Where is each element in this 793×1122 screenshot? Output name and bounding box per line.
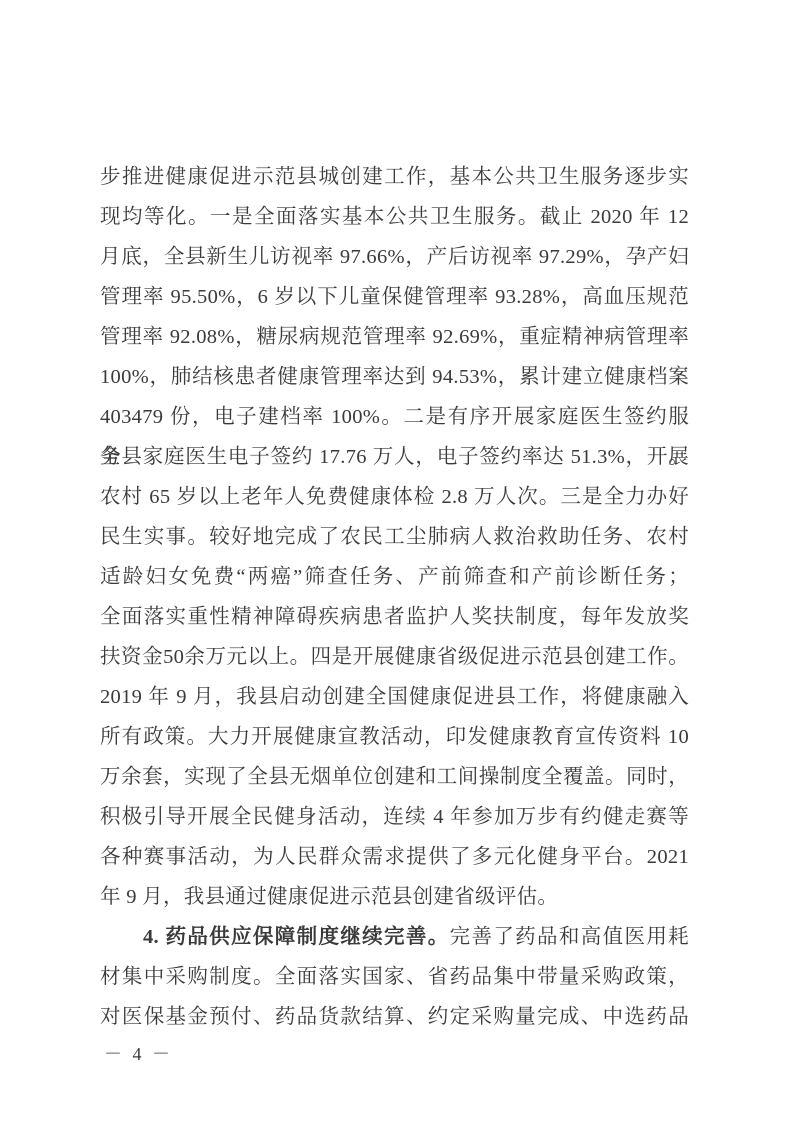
text-line: 材集中采购制度。全面落实国家、省药品集中带量采购政策，	[100, 957, 689, 997]
body-text: 农村 65 岁以上老年人免费健康体检 2.8 万人次。三是全力办好	[100, 486, 689, 508]
body-text: 所有政策。大力开展健康宣教活动，印发健康教育宣传资料 10	[100, 726, 689, 748]
document-page: 步推进健康促进示范县城创建工作，基本公共卫生服务逐步实现均等化。一是全面落实基本…	[0, 0, 793, 1122]
body-text: 材集中采购制度。全面落实国家、省药品集中带量采购政策，	[100, 966, 689, 988]
page-number: － 4 －	[104, 1042, 173, 1066]
body-text: 民生实事。较好地完成了农民工尘肺病人救治救助任务、农村	[100, 526, 689, 548]
text-line: 对医保基金预付、药品货款结算、约定采购量完成、中选药品	[100, 997, 689, 1037]
text-line: 步推进健康促进示范县城创建工作，基本公共卫生服务逐步实	[100, 157, 689, 197]
body-text: 2019 年 9 月，我县启动创建全国健康促进县工作，将健康融入	[100, 686, 689, 708]
text-line: 全面落实重性精神障碍疾病患者监护人奖扶制度，每年发放奖	[100, 597, 689, 637]
body-text: 全面落实重性精神障碍疾病患者监护人奖扶制度，每年发放奖	[100, 606, 689, 628]
body-text: 月底，全县新生儿访视率 97.66%，产后访视率 97.29%，孕产妇	[100, 246, 689, 268]
body-text: 万余套，实现了全县无烟单位创建和工间操制度全覆盖。同时，	[100, 766, 689, 788]
text-line: 2019 年 9 月，我县启动创建全国健康促进县工作，将健康融入	[100, 677, 689, 717]
body-text: 对医保基金预付、药品货款结算、约定采购量完成、中选药品	[100, 1006, 689, 1028]
text-line: 各种赛事活动，为人民群众需求提供了多元化健身平台。2021	[100, 837, 689, 877]
body-text: 各种赛事活动，为人民群众需求提供了多元化健身平台。2021	[100, 846, 689, 868]
text-line: 适龄妇女免费“两癌”筛查任务、产前筛查和产前诊断任务；	[100, 557, 689, 597]
text-line: 扶资金50余万元以上。四是开展健康省级促进示范县创建工作。	[100, 637, 689, 677]
text-line: 403479 份，电子建档率 100%。二是有序开展家庭医生签约服务。	[100, 397, 689, 437]
body-text: 100%，肺结核患者健康管理率达到 94.53%，累计建立健康档案	[100, 366, 689, 388]
text-line: 农村 65 岁以上老年人免费健康体检 2.8 万人次。三是全力办好	[100, 477, 689, 517]
body-text: 管理率 92.08%，糖尿病规范管理率 92.69%，重症精神病管理率	[100, 326, 689, 348]
body-text: 完善了药品和高值医用耗	[450, 926, 689, 948]
body-text: 现均等化。一是全面落实基本公共卫生服务。截止 2020 年 12	[100, 206, 689, 228]
text-line: 万余套，实现了全县无烟单位创建和工间操制度全覆盖。同时，	[100, 757, 689, 797]
body-text: 步推进健康促进示范县城创建工作，基本公共卫生服务逐步实	[100, 166, 689, 188]
doc-lines: 步推进健康促进示范县城创建工作，基本公共卫生服务逐步实现均等化。一是全面落实基本…	[100, 157, 689, 1037]
text-line: 100%，肺结核患者健康管理率达到 94.53%，累计建立健康档案	[100, 357, 689, 397]
text-line: 所有政策。大力开展健康宣教活动，印发健康教育宣传资料 10	[100, 717, 689, 757]
text-line: 民生实事。较好地完成了农民工尘肺病人救治救助任务、农村	[100, 517, 689, 557]
text-line: 年 9 月，我县通过健康促进示范县创建省级评估。	[100, 877, 689, 917]
text-line: 积极引导开展全民健身活动，连续 4 年参加万步有约健走赛等	[100, 797, 689, 837]
text-line: 现均等化。一是全面落实基本公共卫生服务。截止 2020 年 12	[100, 197, 689, 237]
text-line: 管理率 92.08%，糖尿病规范管理率 92.69%，重症精神病管理率	[100, 317, 689, 357]
body-text: 积极引导开展全民健身活动，连续 4 年参加万步有约健走赛等	[100, 806, 689, 828]
body-text: 全县家庭医生电子签约 17.76 万人，电子签约率达 51.3%，开展	[100, 446, 689, 468]
text-line: 4. 药品供应保障制度继续完善。完善了药品和高值医用耗	[100, 917, 689, 957]
text-line: 管理率 95.50%，6 岁以下儿童保健管理率 93.28%，高血压规范	[100, 277, 689, 317]
body-text: 扶资金50余万元以上。四是开展健康省级促进示范县创建工作。	[100, 646, 689, 668]
bold-heading-text: 4. 药品供应保障制度继续完善。	[143, 926, 450, 948]
text-line: 全县家庭医生电子签约 17.76 万人，电子签约率达 51.3%，开展	[100, 437, 689, 477]
body-text: 管理率 95.50%，6 岁以下儿童保健管理率 93.28%，高血压规范	[100, 286, 689, 308]
body-text: 适龄妇女免费“两癌”筛查任务、产前筛查和产前诊断任务；	[100, 566, 689, 588]
text-line: 月底，全县新生儿访视率 97.66%，产后访视率 97.29%，孕产妇	[100, 237, 689, 277]
body-text: 年 9 月，我县通过健康促进示范县创建省级评估。	[100, 886, 558, 908]
